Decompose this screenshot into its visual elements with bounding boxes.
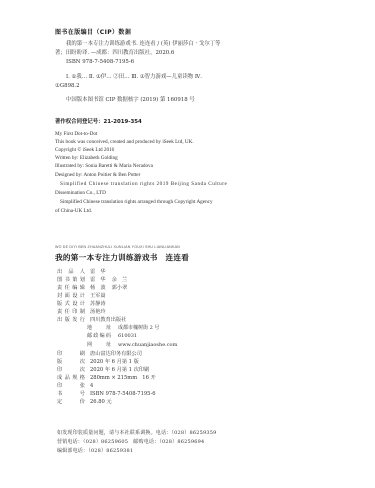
print-info-sheets: 印张4 <box>57 382 93 390</box>
quality-contact-line: 如发现印装质量问题，请与本社联系调换。电话：（028）86259359 <box>57 429 217 436</box>
translation-rights-cont: Dissemination Co., LTD <box>55 190 106 196</box>
publisher-website: 网址www.chuanjiaoshe.com <box>87 341 177 349</box>
production-note: This book was conceived, created and pro… <box>55 139 194 145</box>
print-info-printing: 印次2020 年 6 月第 1 次印刷 <box>57 366 149 374</box>
cip-classification-cont: ①G898.2 <box>55 83 80 90</box>
print-info-isbn: 书号ISBN 978-7-5408-7195-6 <box>57 390 156 398</box>
rights-agency: Simplified Chinese translation rights ar… <box>60 199 213 205</box>
translation-rights: Simplified Chinese translation rights 20… <box>60 181 227 187</box>
credit-row-print-supervisor: 责任印制汤艳玲 <box>57 308 106 316</box>
cip-heading: 图书在版编目（CIP）数据 <box>55 27 131 36</box>
designer-credit: Designed by: Anton Poitier & Ben Potter <box>55 172 140 178</box>
copyright-notice: Copyright © iSeek Ltd 2016 <box>55 147 114 153</box>
publisher-address: 地址成都市槐树街 2 号 <box>87 324 159 332</box>
credit-row-producer: 出品人雷 华 <box>57 268 106 276</box>
sales-contact-line: 营销电话：（028）86259605 邮购电话：（028）86259694 <box>57 438 204 445</box>
credit-row-layout-design: 版式设计苏静涛 <box>57 300 106 308</box>
author-credit: Written by: Elizabeth Golding <box>55 155 118 161</box>
cip-line: 我的第一本专注力训练游戏书. 连连看 / (英) 伊丽莎白 · 戈尔丁等 <box>66 41 221 48</box>
book-title: 我的第一本专注力训练游戏书 连连看 <box>55 252 189 263</box>
cip-record-number: 中国版本图书馆 CIP 数据核字 (2019) 第 160918 号 <box>66 97 195 104</box>
rights-agency-cont: of China-UK Ltd. <box>55 208 92 214</box>
print-info-price: 定价26.80 元 <box>57 398 112 406</box>
publisher-postcode: 邮政编码610031 <box>87 332 137 340</box>
cip-classification: Ⅰ. ①我… Ⅱ. ①伊… ②田… Ⅲ. ①智力游戏—儿童读物 Ⅳ. <box>66 74 202 81</box>
print-info-printer: 印刷唐山富达印务有限公司 <box>57 350 142 358</box>
credit-row-editor: 责任编辑杨 波郭小翠 <box>57 284 127 292</box>
print-info-edition: 版次2020 年 6 月第 1 版 <box>57 358 139 366</box>
credit-row-publisher: 出版发行四川教育出版社 <box>57 316 126 324</box>
print-info-size: 成品规格280mm × 215mm 16 开 <box>57 374 156 382</box>
illustrator-credit: Illustrated by: Sonia Baretti & Maria Ne… <box>55 163 153 169</box>
copyright-registration-number: 著作权合同登记号：21-2019-354 <box>55 117 142 125</box>
editorial-contact-line: 编辑部电话：（028）86259381 <box>57 447 133 454</box>
cip-isbn: ISBN 978-7-5408-7195-6 <box>66 59 134 66</box>
book-title-pinyin: WO DE DIYI BEN ZHUANZHULI XUNLIAN YOUXI … <box>55 245 180 249</box>
copyright-page: 图书在版编目（CIP）数据 我的第一本专注力训练游戏书. 连连看 / (英) 伊… <box>0 0 375 488</box>
credit-row-cover-design: 封面设计王军嵩 <box>57 292 106 300</box>
credit-row-planner: 图书策划雷 华余 兰 <box>57 276 127 284</box>
original-title: My First Dot-to-Dot <box>55 131 97 137</box>
cip-line: 著；田盼盼译. —成都：四川教育出版社，2020.6 <box>55 50 174 57</box>
